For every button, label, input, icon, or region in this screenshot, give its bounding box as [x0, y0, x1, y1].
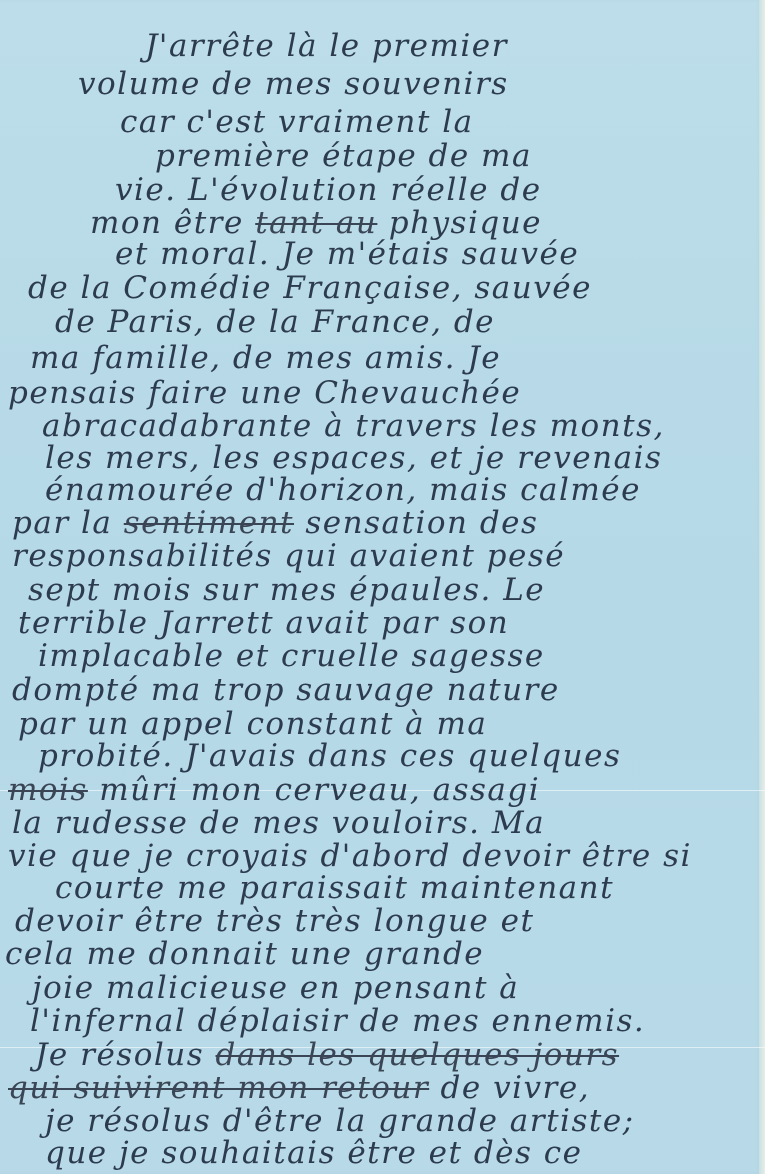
- line-text: la rudesse de mes vouloirs. Ma: [12, 805, 545, 841]
- manuscript-line: pensais faire une Chevauchée: [8, 375, 521, 411]
- manuscript-line: que je souhaitais être et dès ce: [45, 1135, 582, 1171]
- line-text: l'infernal déplaisir de mes ennemis.: [30, 1003, 645, 1039]
- manuscript-line: de Paris, de la France, de: [55, 304, 495, 340]
- manuscript-line: vie. L'évolution réelle de: [115, 172, 542, 208]
- manuscript-line: mois mûri mon cerveau, assagi: [8, 772, 540, 808]
- line-text: joie malicieuse en pensant à: [32, 970, 519, 1006]
- struck-text: qui suivirent mon retour: [8, 1070, 429, 1106]
- line-text: les mers, les espaces, et je revenais: [45, 440, 662, 476]
- line-text: responsabilités qui avaient pesé: [12, 538, 565, 574]
- manuscript-line: devoir être très très longue et: [15, 903, 534, 939]
- manuscript-line: abracadabrante à travers les monts,: [42, 408, 665, 444]
- manuscript-line: ma famille, de mes amis. Je: [30, 340, 501, 376]
- manuscript-line: vie que je croyais d'abord devoir être s…: [8, 838, 692, 874]
- line-text: ma famille, de mes amis. Je: [30, 340, 501, 376]
- line-text: vie. L'évolution réelle de: [115, 172, 542, 208]
- line-text: courte me paraissait maintenant: [55, 870, 614, 906]
- line-text: première étape de ma: [155, 138, 532, 174]
- manuscript-line: les mers, les espaces, et je revenais: [45, 440, 662, 476]
- line-text-after: mûri mon cerveau, assagi: [88, 772, 540, 808]
- line-text: devoir être très très longue et: [15, 903, 534, 939]
- manuscript-line: par un appel constant à ma: [18, 706, 487, 742]
- line-text-after: sensation des: [294, 505, 538, 541]
- line-text: de la Comédie Française, sauvée: [28, 270, 592, 306]
- struck-text: mois: [8, 772, 88, 808]
- manuscript-line: et moral. Je m'étais sauvée: [115, 236, 579, 272]
- line-text: terrible Jarrett avait par son: [18, 605, 509, 641]
- manuscript-line: première étape de ma: [155, 138, 532, 174]
- manuscript-line: responsabilités qui avaient pesé: [12, 538, 565, 574]
- line-text: je résolus d'être la grande artiste;: [45, 1103, 635, 1139]
- manuscript-line: la rudesse de mes vouloirs. Ma: [12, 805, 545, 841]
- manuscript-line: qui suivirent mon retour de vivre,: [8, 1070, 590, 1106]
- line-text: sept mois sur mes épaules. Le: [28, 572, 545, 608]
- line-text: énamourée d'horizon, mais calmée: [45, 472, 641, 508]
- manuscript-line: sept mois sur mes épaules. Le: [28, 572, 545, 608]
- manuscript-line: énamourée d'horizon, mais calmée: [45, 472, 641, 508]
- manuscript-line: je résolus d'être la grande artiste;: [45, 1103, 635, 1139]
- manuscript-line: par la sentiment sensation des: [12, 505, 538, 541]
- struck-text: sentiment: [124, 505, 294, 541]
- manuscript-line: joie malicieuse en pensant à: [32, 970, 519, 1006]
- manuscript-line: courte me paraissait maintenant: [55, 870, 614, 906]
- manuscript-line: Je résolus dans les quelques jours: [35, 1037, 619, 1073]
- manuscript-page: J'arrête là le premiervolume de mes souv…: [0, 0, 765, 1174]
- line-text: dompté ma trop sauvage nature: [12, 672, 560, 708]
- struck-text: dans les quelques jours: [216, 1037, 620, 1073]
- line-text: par la: [12, 505, 124, 541]
- line-text: implacable et cruelle sagesse: [38, 638, 545, 674]
- manuscript-line: dompté ma trop sauvage nature: [12, 672, 560, 708]
- manuscript-line: volume de mes souvenirs: [78, 66, 509, 102]
- manuscript-line: cela me donnait une grande: [5, 936, 484, 972]
- line-text: et moral. Je m'étais sauvée: [115, 236, 579, 272]
- manuscript-line: terrible Jarrett avait par son: [18, 605, 509, 641]
- line-text: J'arrête là le premier: [145, 28, 508, 64]
- line-text: pensais faire une Chevauchée: [8, 375, 521, 411]
- line-text: vie que je croyais d'abord devoir être s…: [8, 838, 692, 874]
- line-text: par un appel constant à ma: [18, 706, 487, 742]
- line-text: car c'est vraiment la: [120, 104, 474, 140]
- manuscript-line: de la Comédie Française, sauvée: [28, 270, 592, 306]
- manuscript-line: implacable et cruelle sagesse: [38, 638, 545, 674]
- paper-edge: [759, 0, 765, 1174]
- line-text: cela me donnait une grande: [5, 936, 484, 972]
- line-text: probité. J'avais dans ces quelques: [38, 738, 621, 774]
- manuscript-line: J'arrête là le premier: [145, 28, 508, 64]
- line-text: abracadabrante à travers les monts,: [42, 408, 665, 444]
- line-text: de Paris, de la France, de: [55, 304, 495, 340]
- line-text: que je souhaitais être et dès ce: [45, 1135, 582, 1171]
- manuscript-line: car c'est vraiment la: [120, 104, 474, 140]
- line-text: volume de mes souvenirs: [78, 66, 509, 102]
- manuscript-line: l'infernal déplaisir de mes ennemis.: [30, 1003, 645, 1039]
- line-text: Je résolus: [35, 1037, 216, 1073]
- manuscript-line: probité. J'avais dans ces quelques: [38, 738, 621, 774]
- line-text-after: de vivre,: [429, 1070, 590, 1106]
